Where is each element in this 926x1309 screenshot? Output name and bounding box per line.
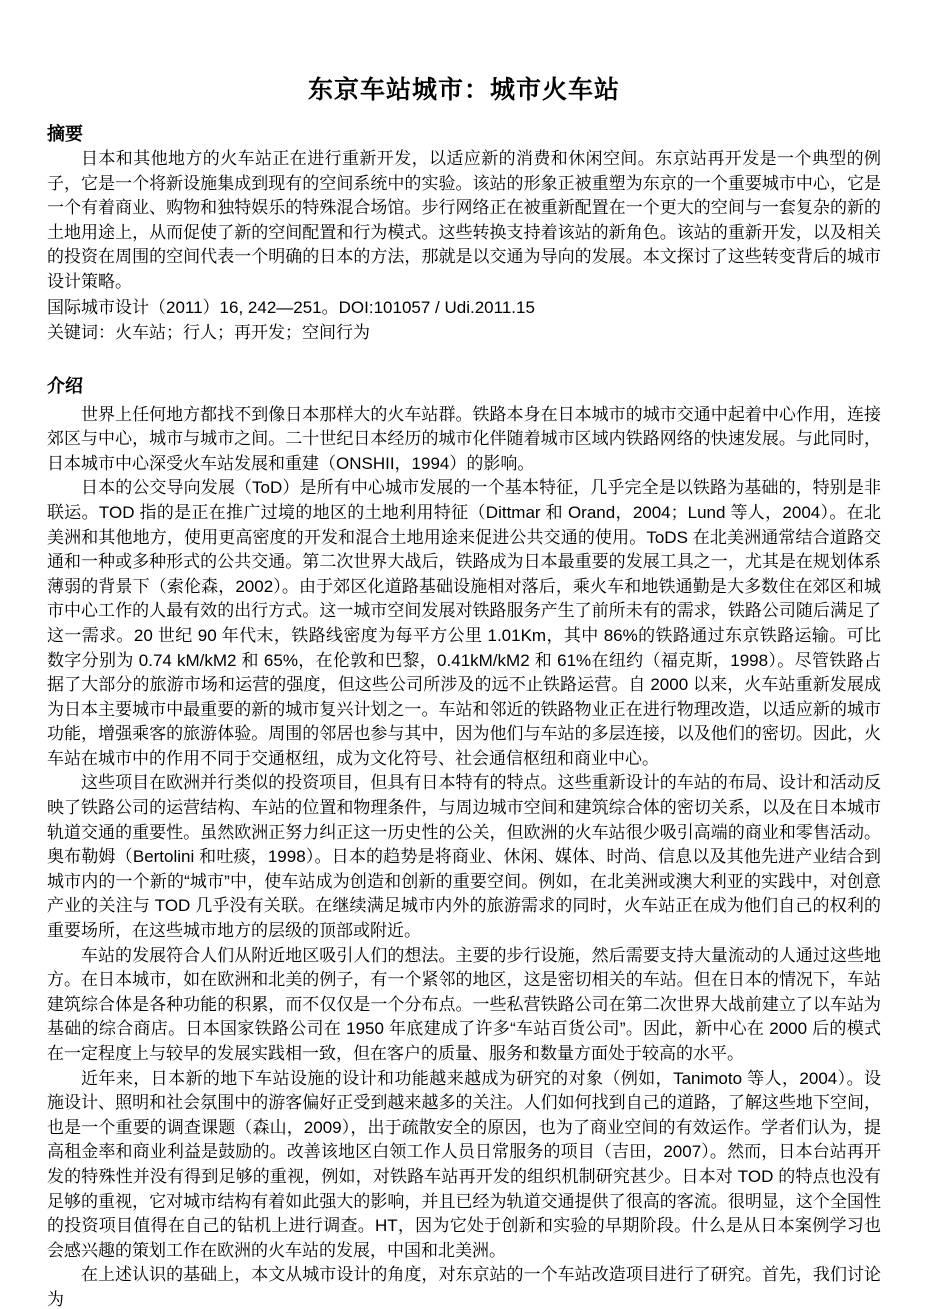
intro-paragraph-5: 近年来，日本新的地下车站设施的设计和功能越来越成为研究的对象（例如，Tanimo… xyxy=(47,1067,881,1264)
intro-paragraph-4: 车站的发展符合人们从附近地区吸引人们的想法。主要的步行设施，然后需要支持大量流动… xyxy=(47,944,881,1067)
page-title: 东京车站城市：城市火车站 xyxy=(47,70,881,106)
intro-section-header: 介绍 xyxy=(47,374,881,399)
keywords-line: 关键词：火车站；行人；再开发；空间行为 xyxy=(47,320,881,345)
abstract-heading: 摘要 xyxy=(47,122,881,147)
intro-heading: 介绍 xyxy=(47,374,881,399)
intro-paragraph-2: 日本的公交导向发展（ToD）是所有中心城市发展的一个基本特征，几乎完全是以铁路为… xyxy=(47,476,881,771)
intro-paragraph-6: 在上述认识的基础上，本文从城市设计的角度，对东京站的一个车站改造项目进行了研究。… xyxy=(47,1263,881,1309)
intro-paragraph-1: 世界上任何地方都找不到像日本那样大的火车站群。铁路本身在日本城市的城市交通中起着… xyxy=(47,403,881,477)
document-page: 东京车站城市：城市火车站 摘要 日本和其他地方的火车站正在进行重新开发，以适应新… xyxy=(0,0,926,1309)
intro-paragraph-3: 这些项目在欧洲并行类似的投资项目，但具有日本特有的特点。这些重新设计的车站的布局… xyxy=(47,771,881,943)
abstract-paragraph: 日本和其他地方的火车站正在进行重新开发，以适应新的消费和休闲空间。东京站再开发是… xyxy=(47,147,881,295)
citation-line: 国际城市设计（2011）16, 242—251。DOI:101057 / Udi… xyxy=(47,295,881,320)
